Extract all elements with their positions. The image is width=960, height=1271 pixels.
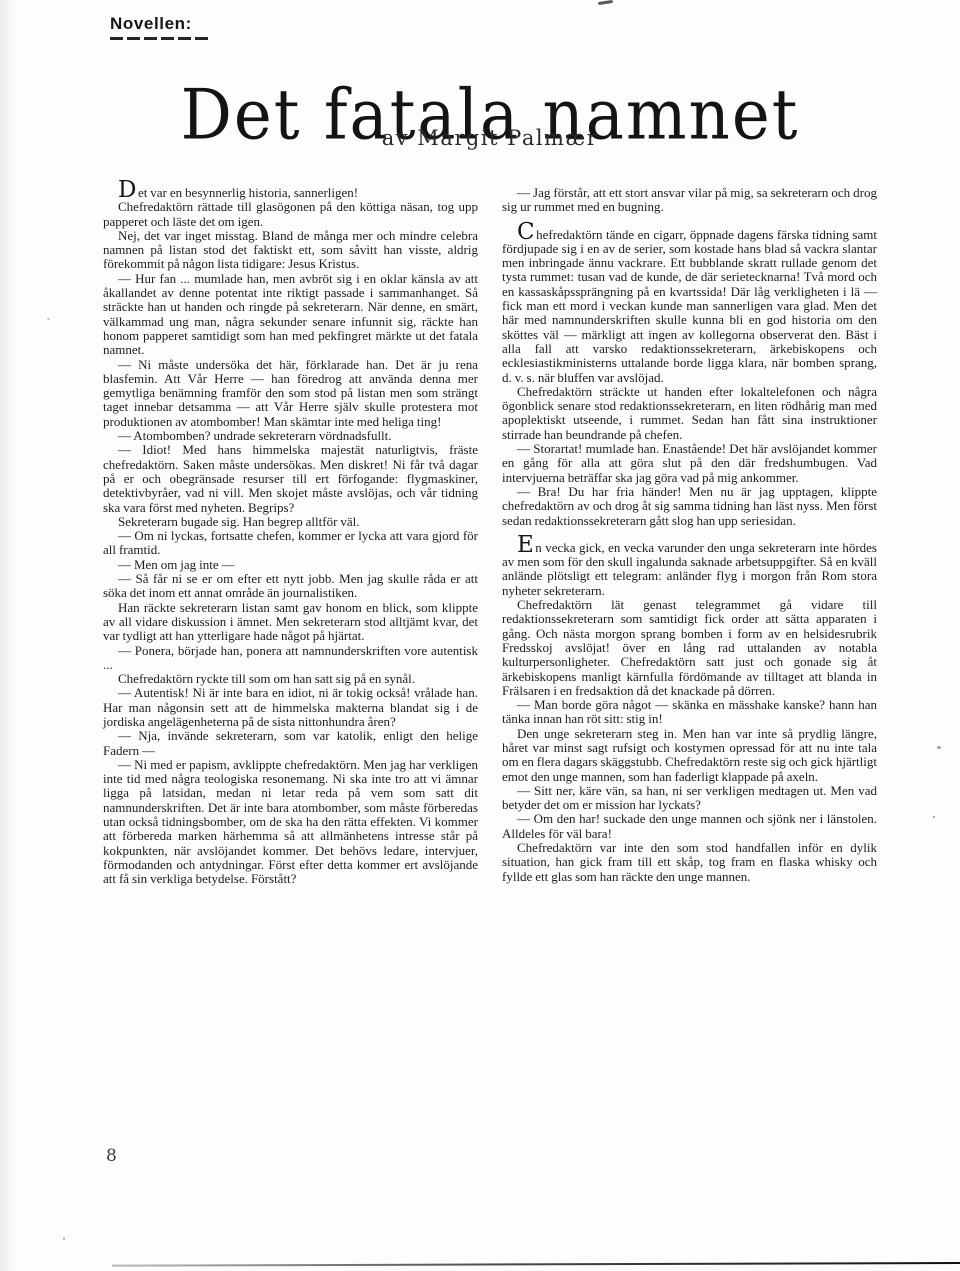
paragraph: En vecka gick, en vecka varunder den ung… bbox=[502, 541, 877, 598]
paragraph: — Men om jag inte — bbox=[103, 558, 478, 572]
paragraph: Chefredaktörn sträckte ut handen efter l… bbox=[502, 385, 877, 442]
paragraph: Det var en besynnerlig historia, sannerl… bbox=[103, 186, 478, 200]
paragraph: Nej, det var inget misstag. Bland de mån… bbox=[103, 229, 478, 272]
paragraph: — Ponera, började han, ponera att namnun… bbox=[103, 644, 478, 673]
paragraph: — Atombomben? undrade sekreterarn vördna… bbox=[103, 429, 478, 443]
paragraph: — Autentisk! Ni är inte bara en idiot, n… bbox=[103, 686, 478, 729]
scan-speck bbox=[937, 746, 941, 749]
paragraph: — Idiot! Med hans himmelska majestät nat… bbox=[103, 443, 478, 514]
section-rubric-label: Novellen: bbox=[110, 14, 192, 33]
paragraph: — Nja, invände sekreterarn, som var kato… bbox=[103, 729, 478, 758]
scan-speck bbox=[933, 816, 935, 818]
paragraph: — Så får ni se er om efter ett nytt jobb… bbox=[103, 572, 478, 601]
paragraph: Chefredaktörn rättade till glasögonen på… bbox=[103, 200, 478, 229]
magazine-page: Novellen: Det fatala namnet av Margit Pa… bbox=[0, 0, 960, 1271]
paragraph: Den unge sekreterarn steg in. Men han va… bbox=[502, 727, 877, 784]
paragraph: — Bra! Du har fria händer! Men nu är jag… bbox=[502, 485, 877, 528]
paragraph: Chefredaktörn lät genast telegrammet gå … bbox=[502, 598, 877, 698]
paragraph: — Ni måste undersöka det här, förklarade… bbox=[103, 358, 478, 429]
paragraph: Sekreterarn bugade sig. Han begrep alltf… bbox=[103, 515, 478, 529]
paragraph: — Om ni lyckas, fortsatte chefen, kommer… bbox=[103, 529, 478, 558]
text-column-left: Det var en besynnerlig historia, sannerl… bbox=[103, 186, 478, 887]
paragraph: Chefredaktörn var inte den som stod hand… bbox=[502, 841, 877, 884]
text-column-right: — Jag förstår, att ett stort ansvar vila… bbox=[502, 186, 877, 887]
raised-initial-cap: E bbox=[517, 532, 535, 558]
scan-speck bbox=[598, 0, 613, 5]
raised-initial-cap: C bbox=[517, 219, 536, 245]
rubric-underline bbox=[110, 37, 210, 40]
page-number: 8 bbox=[106, 1146, 117, 1166]
byline: av Margit Palmær bbox=[103, 126, 877, 150]
paragraph: Chefredaktörn ryckte till som om han sat… bbox=[103, 672, 478, 686]
paragraph: — Jag förstår, att ett stort ansvar vila… bbox=[502, 186, 877, 215]
paragraph: — Man borde göra något — skänka en mässh… bbox=[502, 698, 877, 727]
paragraph: — Om den har! suckade den unge mannen oc… bbox=[502, 812, 877, 841]
scan-speck bbox=[47, 318, 50, 320]
paragraph: Chefredaktörn tände en cigarr, öppnade d… bbox=[502, 228, 877, 385]
paragraph: — Sitt ner, käre vän, sa han, ni ser ver… bbox=[502, 784, 877, 813]
scan-speck bbox=[63, 1237, 65, 1240]
article-body: Det var en besynnerlig historia, sannerl… bbox=[103, 186, 877, 887]
paragraph: — Ni med er papism, avklippte chefredakt… bbox=[103, 758, 478, 887]
paragraph: Han räckte sekreterarn listan samt gav h… bbox=[103, 601, 478, 644]
paragraph: — Storartat! mumlade han. Enastående! De… bbox=[502, 442, 877, 485]
section-rubric: Novellen: bbox=[110, 14, 210, 40]
scan-edge-artifact bbox=[112, 1262, 960, 1267]
paragraph: — Hur fan ... mumlade han, men avbröt si… bbox=[103, 272, 478, 358]
